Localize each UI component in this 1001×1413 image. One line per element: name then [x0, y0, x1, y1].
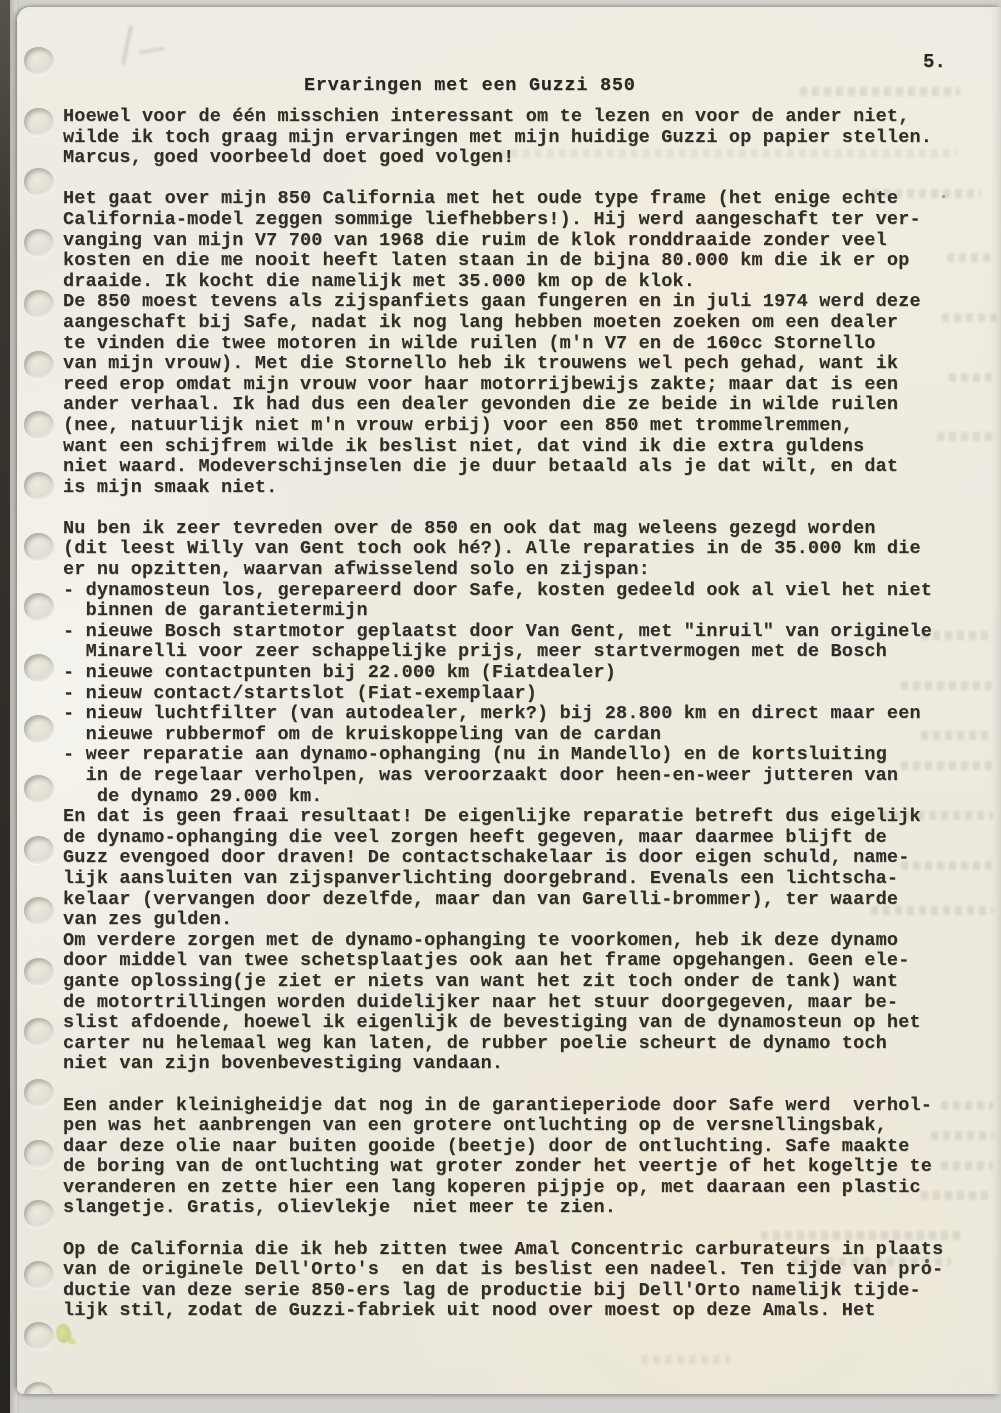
binder-hole [24, 1018, 54, 1046]
bleedthrough-mark [942, 313, 997, 322]
pencil-scribble [121, 25, 133, 65]
page-number: 5. [923, 51, 946, 73]
binder-hole [24, 897, 54, 925]
green-fleck-tail [66, 1336, 77, 1346]
binder-hole [24, 1140, 54, 1168]
paper-sheet: 5. Ervaringen met een Guzzi 850 Hoewel v… [17, 7, 1001, 1394]
binder-hole [24, 411, 54, 439]
document-body: Hoewel voor de één misschien interessant… [63, 107, 943, 1322]
binder-hole [24, 1382, 54, 1394]
bleedthrough-mark [941, 1161, 993, 1170]
bleedthrough-mark [947, 253, 995, 262]
binder-hole [24, 715, 54, 743]
bleedthrough-mark [941, 1101, 993, 1110]
pencil-scribble [139, 47, 165, 54]
binder-hole [24, 351, 54, 379]
binder-hole [24, 654, 54, 682]
bleedthrough-mark [800, 87, 960, 96]
binder-hole [24, 1322, 54, 1350]
scan-dark-edge [0, 0, 10, 1413]
binder-hole [24, 168, 54, 196]
binder-hole [24, 47, 54, 75]
binder-hole [24, 533, 54, 561]
binder-hole [24, 1261, 54, 1289]
binder-hole [24, 958, 54, 986]
bleedthrough-mark [641, 1355, 731, 1364]
binder-hole [24, 593, 54, 621]
scanned-page: 5. Ervaringen met een Guzzi 850 Hoewel v… [0, 0, 1001, 1413]
binder-hole [24, 290, 54, 318]
binder-hole [24, 229, 54, 257]
document-title: Ervaringen met een Guzzi 850 [304, 75, 636, 96]
bleedthrough-mark [937, 432, 995, 441]
binder-hole [24, 1079, 54, 1107]
binder-hole [24, 775, 54, 803]
binder-hole [24, 108, 54, 136]
binder-hole [24, 1200, 54, 1228]
bleedthrough-mark [949, 373, 995, 382]
binder-hole [24, 836, 54, 864]
binder-hole [24, 472, 54, 500]
